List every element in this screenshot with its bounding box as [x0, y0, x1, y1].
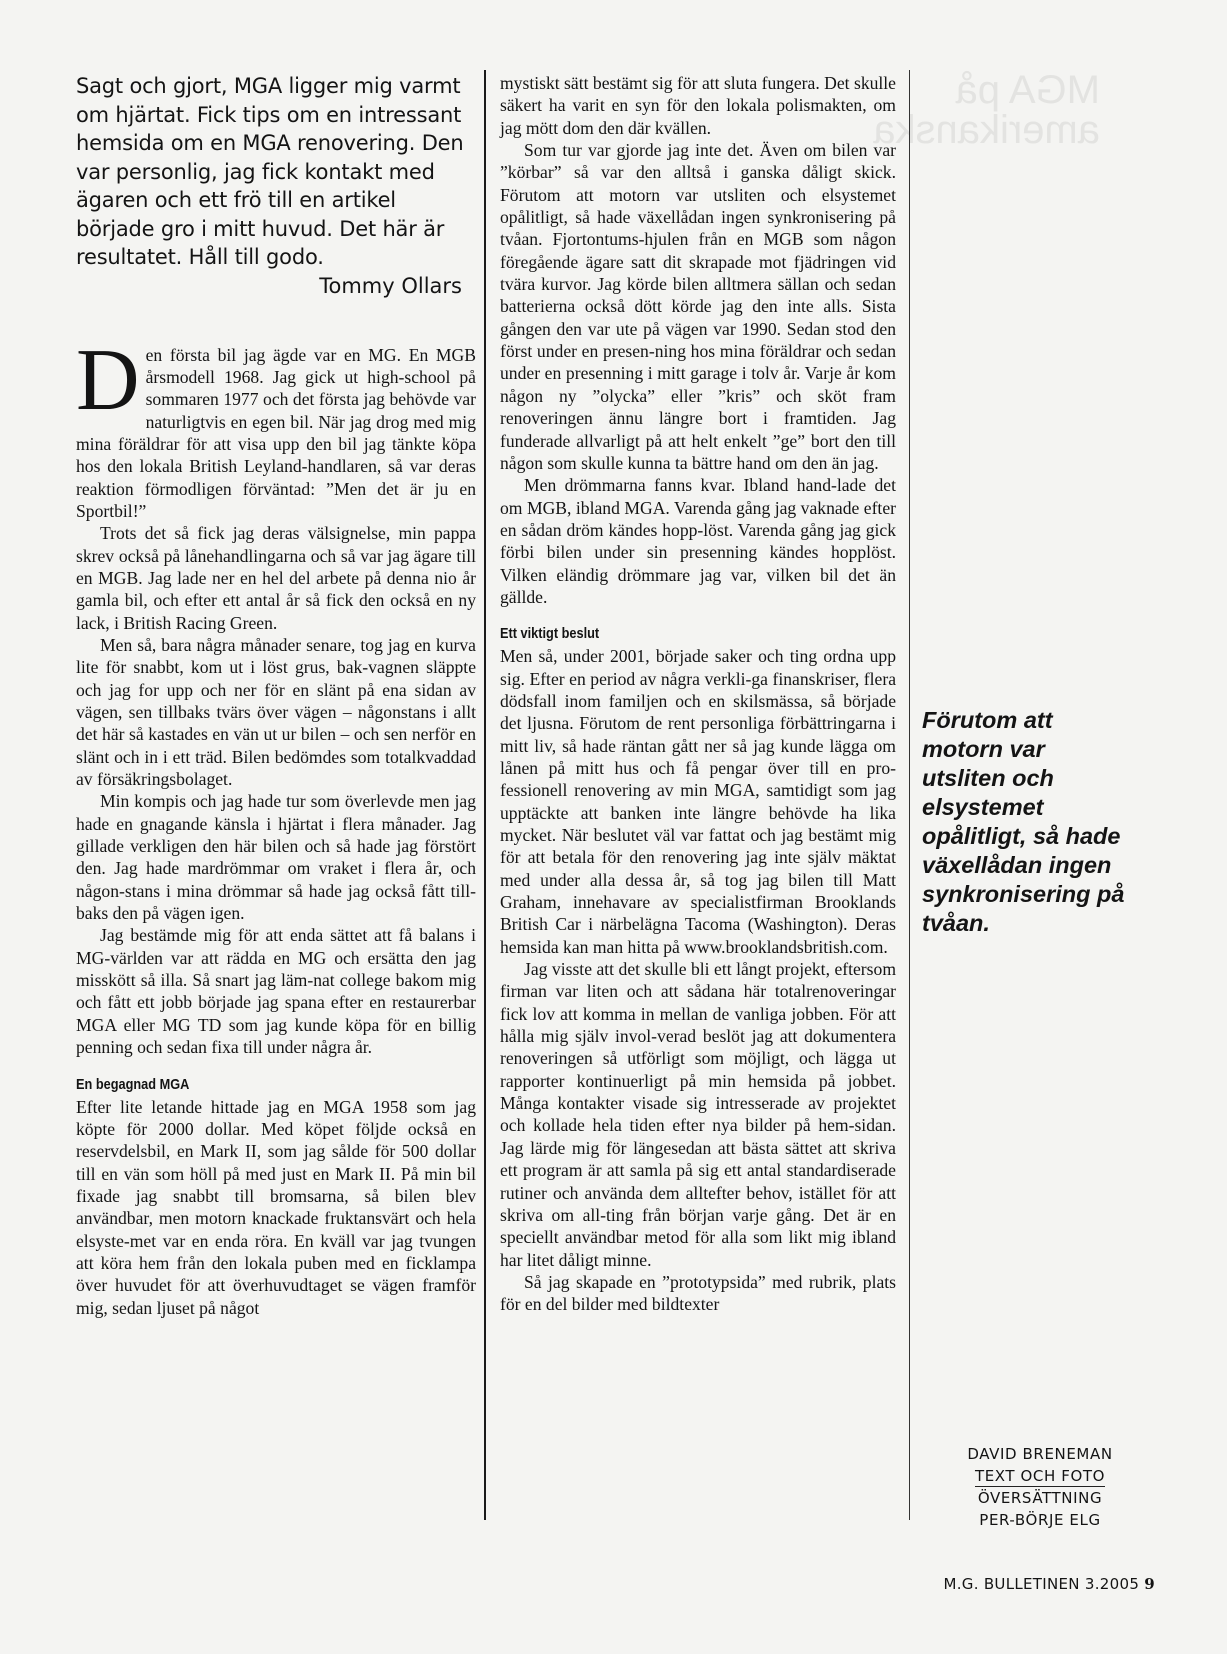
translator-name: PER-BÖRJE ELG — [945, 1509, 1135, 1531]
pull-quote: Förutom att motorn var utsliten och elsy… — [922, 706, 1132, 938]
intro-author: Tommy Ollars — [76, 272, 462, 300]
section-heading: Ett viktigt beslut — [500, 624, 837, 644]
credits-block: DAVID BRENEMAN TEXT OCH FOTO ÖVERSÄTTNIN… — [945, 1443, 1135, 1531]
page-number: 9 — [1144, 1575, 1155, 1593]
article-paragraph: mystiskt sätt bestämt sig för att sluta … — [500, 72, 896, 139]
article-paragraph: Men drömmarna fanns kvar. Ibland hand-la… — [500, 474, 896, 608]
author-name: DAVID BRENEMAN — [945, 1443, 1135, 1465]
article-paragraph: Den första bil jag ägde var en MG. En MG… — [76, 344, 476, 523]
bleed-through-heading: MGA på amerikanska — [873, 70, 1100, 150]
middle-column: mystiskt sätt bestämt sig för att sluta … — [500, 72, 896, 1316]
left-column: Sagt och gjort, MGA ligger mig varmt om … — [76, 72, 476, 1319]
intro-text: Sagt och gjort, MGA ligger mig varmt om … — [76, 72, 476, 272]
translation-role: ÖVERSÄTTNING — [945, 1487, 1135, 1509]
article-paragraph: Trots det så fick jag deras välsignelse,… — [76, 522, 476, 634]
article-paragraph: Så jag skapade en ”prototypsida” med rub… — [500, 1271, 896, 1316]
column-divider-left — [484, 70, 486, 1520]
magazine-page: MGA på amerikanska Sagt och gjort, MGA l… — [0, 0, 1227, 1654]
section-heading: En begagnad MGA — [76, 1075, 416, 1095]
article-paragraph: Efter lite letande hittade jag en MGA 19… — [76, 1096, 476, 1319]
article-paragraph: Men så, bara några månader senare, tog j… — [76, 634, 476, 790]
article-paragraph: Jag bestämde mig för att enda sättet att… — [76, 924, 476, 1058]
column-divider-right — [909, 70, 910, 1520]
article-paragraph: Men så, under 2001, började saker och ti… — [500, 645, 896, 958]
page-footer: M.G. BULLETINEN 3.2005 9 — [930, 1575, 1155, 1593]
article-paragraph: Jag visste att det skulle bli ett långt … — [500, 958, 896, 1271]
author-role: TEXT OCH FOTO — [975, 1466, 1105, 1487]
article-paragraph: Min kompis och jag hade tur som överlevd… — [76, 790, 476, 924]
drop-cap: D — [76, 350, 140, 412]
article-paragraph: Som tur var gjorde jag inte det. Även om… — [500, 139, 896, 474]
publication-name: M.G. BULLETINEN 3.2005 — [943, 1575, 1139, 1593]
